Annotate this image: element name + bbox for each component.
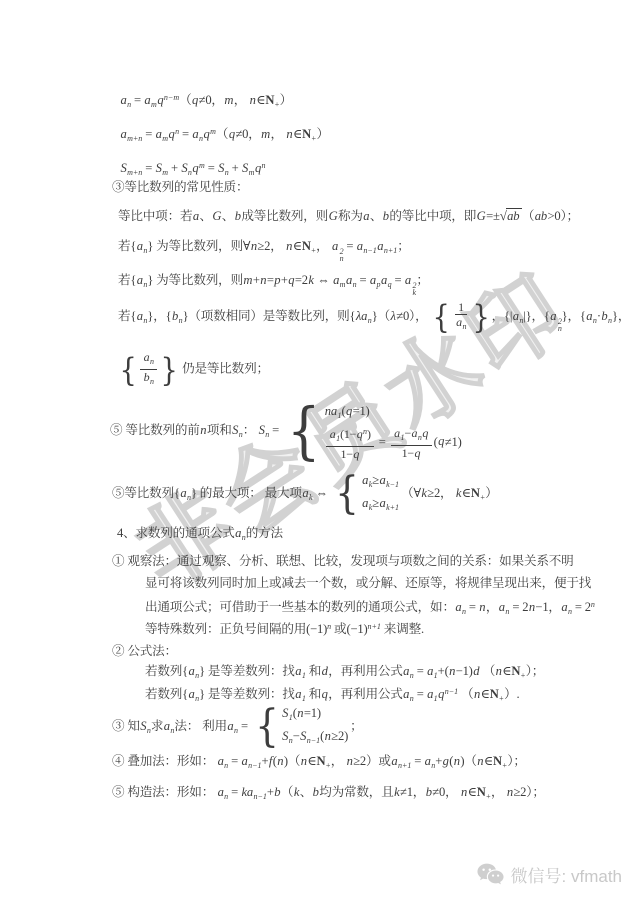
- doc-line: ⑤ 等比数列的前n项和Sn： Sn = {na1(q=1)a1(1−qn)1−q…: [110, 400, 464, 462]
- doc-line: ⑤ 构造法：形如： an = kan−1+b（k、b均为常数，且k≠1，b≠0，…: [112, 782, 545, 807]
- wechat-id-label: 微信号: vfmath: [511, 862, 622, 887]
- doc-line: 等比中项：若a、G、b成等比数列，则G称为a、b的等比中项，即G=±√ab（ab…: [118, 206, 579, 226]
- doc-line: 等特殊数列：正负号间隔的用(−1)n 或(−1)n+1 来调整.: [145, 617, 424, 639]
- doc-line: ② 公式法：: [112, 641, 177, 661]
- doc-line: ④ 叠加法：形如： an = an−1+f(n)（n∈N+， n≥2）或an+1…: [112, 751, 526, 776]
- doc-line: ① 观察法：通过观察、分析、联想、比较，发现项与项数之间的关系：如果关系不明: [112, 551, 574, 571]
- doc-line: am+n = amqn = anqm（q≠0，m， n∈N+）: [120, 122, 329, 149]
- wechat-footer: 微信号: vfmath: [476, 862, 622, 887]
- doc-line: an = amqn−m（q≠0，m， n∈N+）: [120, 88, 292, 115]
- doc-line: ③ 知Sn求an法： 利用an = {S1(n=1)Sn−Sn−1(n≥2)；: [112, 704, 362, 750]
- doc-line: 4、求数列的通项公式an的方法: [117, 523, 283, 548]
- doc-line: 显可将该数列同时加上或减去一个数，或分解、还原等，将规律呈现出来，便于找: [145, 573, 591, 593]
- doc-line: 若{an} 为等比数列，则∀n≥2， n∈N+， a2n = an−1an+1；: [118, 236, 410, 262]
- doc-line: 若{an} 为等比数列，则m+n=p+q=2k ⇔ aman = apaq = …: [118, 270, 429, 296]
- doc-line: {anbn} 仍是等比数列；: [118, 350, 269, 389]
- doc-line: ⑤等比数列{an} 的最大项： 最大项ak ⇔ {ak≥ak−1ak≥ak+1（…: [112, 471, 498, 517]
- document-page: an = amqn−m（q≠0，m， n∈N+）am+n = amqn = an…: [0, 0, 640, 905]
- doc-line: 若{an}，{bn}（项数相同）是等数比列，则{λan}（λ≠0）， {1an}…: [118, 300, 630, 334]
- wechat-icon: [476, 862, 505, 887]
- doc-line: ③等比数列的常见性质：: [112, 177, 248, 197]
